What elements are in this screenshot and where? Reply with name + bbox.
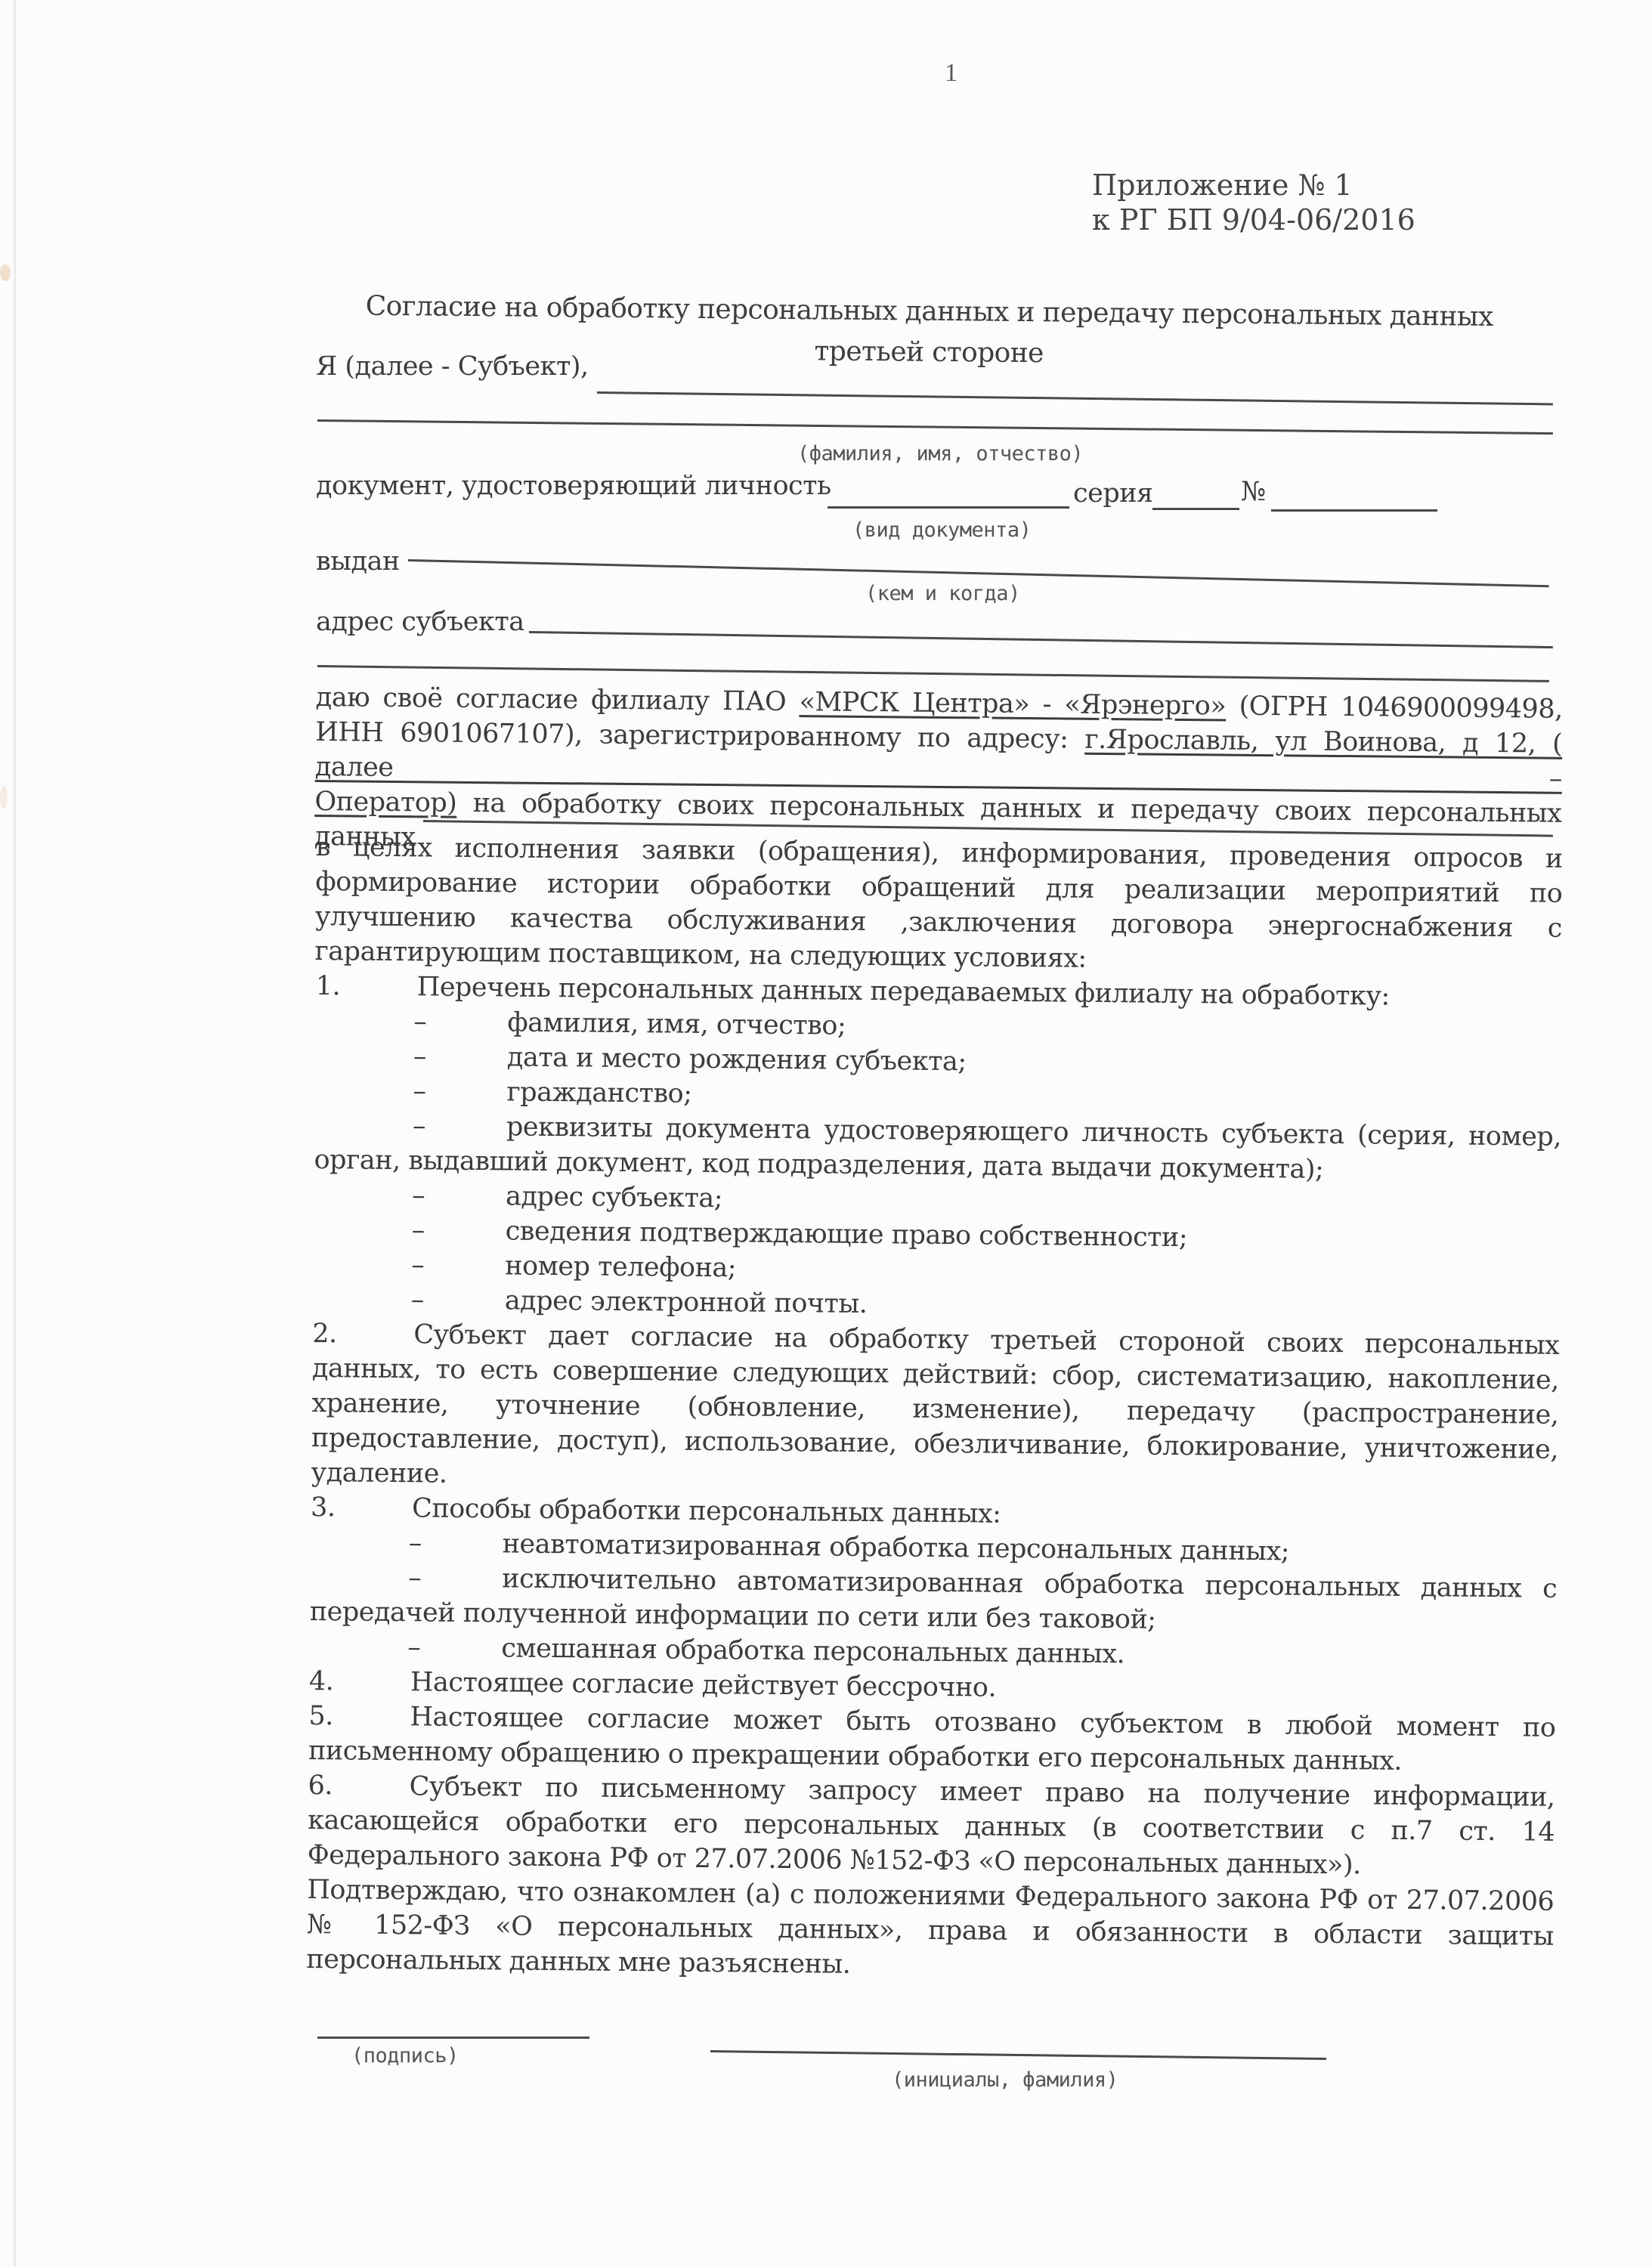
dash-bullet: – [313,1282,505,1318]
dash-bullet: – [314,1073,506,1109]
list-item-text: гражданство; [506,1077,691,1109]
appendix-reference: Приложение № 1 к РГ БП 9/04-06/2016 [1092,168,1415,237]
series-field[interactable] [1152,508,1239,510]
signature-field[interactable] [317,2037,589,2039]
list-item-text: неавтоматизированная обработка персональ… [503,1529,1290,1566]
list-item-text: номер телефона; [505,1251,736,1283]
confirmation-text: Подтверждаю, что ознакомлен (а) с положе… [306,1873,1554,1989]
clause-number: 6. [308,1768,409,1804]
clause-list-item: –реквизиты документа удостоверяющего лич… [314,1108,1561,1189]
dash-bullet: – [313,1247,505,1283]
number-label: № [1241,475,1266,509]
dash-bullet: – [313,1212,505,1248]
address-field-line-2[interactable] [317,665,1549,682]
clause-5: 5.Настоящее согласие может быть отозвано… [308,1699,1556,1780]
subject-label: Я (далее - Субъект), [316,349,1563,384]
page-number: 1 [945,59,957,88]
dash-bullet: – [310,1525,502,1561]
operator-name: «МРСК Центра» - «Ярэнерго» [799,687,1226,721]
id-doc-hint: (вид документа) [852,518,1031,542]
dash-bullet: – [315,1004,507,1040]
consent-ogrn: (ОГРН 1046900099498, [1226,691,1563,725]
purpose-paragraph: в целях исполнения заявки (обращения), и… [314,830,1563,981]
clause-text: Настоящее согласие может быть отозвано с… [308,1702,1556,1777]
id-doc-type-field[interactable] [828,506,1069,509]
fio-hint: (фамилия, имя, отчество) [797,442,1083,465]
appendix-line-1: Приложение № 1 [1092,168,1415,203]
subject-name-field[interactable] [597,391,1553,405]
clause-2: 2.Субъект дает согласие на обработку тре… [311,1316,1559,1502]
scan-edge [14,0,16,2267]
subject-name-field-line-2[interactable] [317,419,1553,435]
consent-text: даю своё согласие филиалу ПАО [316,682,800,717]
appendix-line-2: к РГ БП 9/04-06/2016 [1092,203,1415,237]
paper-stain [0,264,11,281]
name-hint: (инициалы, фамилия) [892,2068,1118,2092]
consent-line-2: ИНН 6901067107), зарегистрированному по … [315,715,1563,796]
number-field[interactable] [1271,509,1437,512]
dash-bullet: – [314,1108,506,1144]
list-item-text: фамилия, имя, отчество; [507,1007,846,1041]
list-item-text: сведения подтверждающие право собственно… [505,1216,1187,1253]
clause-number: 4. [309,1664,410,1699]
clause-number: 3. [311,1490,412,1526]
clause-number: 1. [316,969,417,1004]
dash-bullet: – [314,1177,506,1214]
clause-text: Субъект дает согласие на обработку треть… [311,1319,1559,1489]
clauses-list: 1.Перечень персональных данных передавае… [306,969,1563,1989]
list-item-text: смешанная обработка персональных данных. [501,1633,1125,1669]
clause-list-item: –исключительно автоматизированная обрабо… [310,1560,1558,1641]
address-label: адрес субъекта [316,605,1563,639]
list-item-text: адрес электронной почты. [505,1285,868,1319]
scanned-document-page: 1 Приложение № 1 к РГ БП 9/04-06/2016 Со… [0,0,1652,2267]
series-label: серия [1073,476,1153,511]
clause-text: Субъект по письменному запросу имеет пра… [308,1771,1555,1880]
clause-number: 2. [312,1316,413,1352]
list-item-text: дата и место рождения субъекта; [507,1042,967,1077]
clause-number: 5. [308,1699,410,1734]
dash-bullet: – [310,1560,502,1596]
clause-6: 6.Субъект по письменному запросу имеет п… [308,1768,1555,1885]
signature-hint: (подпись) [351,2044,459,2068]
dash-bullet: – [315,1038,507,1075]
list-item-text: адрес субъекта; [506,1181,722,1214]
paper-stain [0,786,8,809]
clause-text: Способы обработки персональных данных: [412,1493,1001,1529]
initials-name-field[interactable] [710,2050,1326,2060]
id-doc-label: документ, удостоверяющий личность [316,469,1563,503]
dash-bullet: – [309,1629,501,1665]
operator-term: Оператор) [314,787,456,818]
clause-text: Настоящее согласие действует бессрочно. [410,1667,997,1703]
issued-hint: (кем и когда) [865,582,1020,605]
consent-inn: ИНН 6901067107), зарегистрированному по … [315,717,1084,755]
